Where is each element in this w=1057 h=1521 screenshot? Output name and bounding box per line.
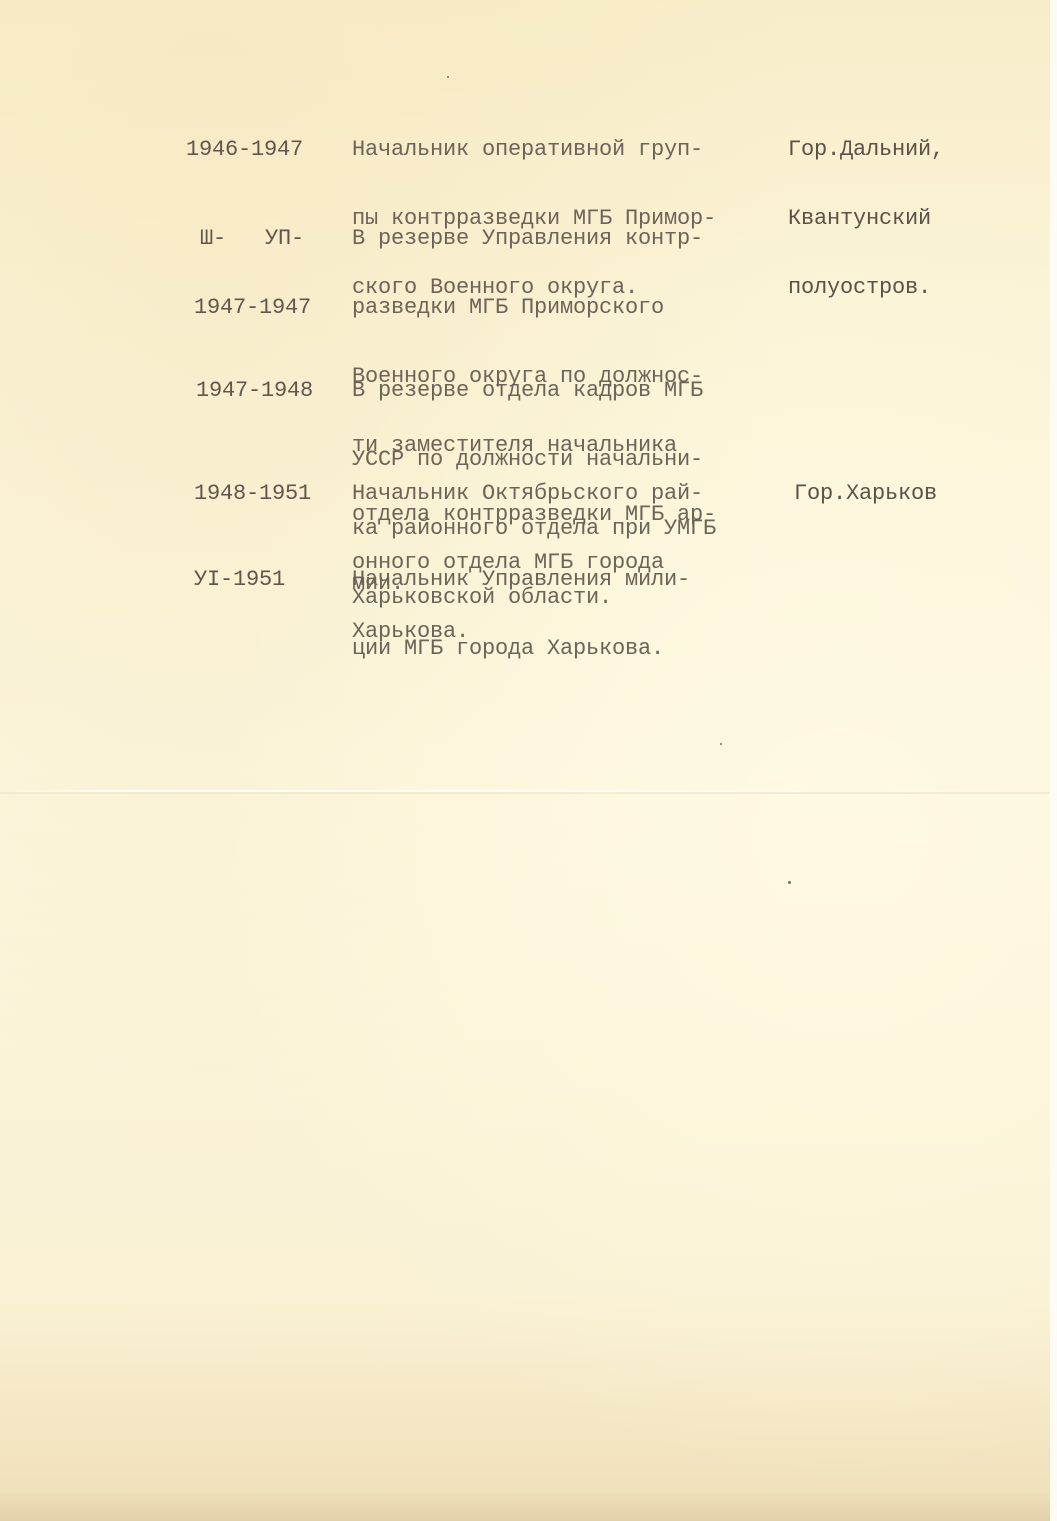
paper-fold-shadow [0,792,1050,794]
scan-edge [1050,0,1057,1521]
entry-place: Гор.Дальний, Квантунский полуостров. [788,92,988,345]
paper-speck [447,76,449,78]
paper-bottom-wear [0,1491,1050,1521]
document-page: 1946-1947 Начальник оперативной груп- пы… [0,0,1050,1521]
paper-speck [720,743,722,745]
entry-description: Начальник Управления мили- ции МГБ город… [352,522,782,706]
entry-place: Гор.Харьков [794,436,994,551]
paper-speck [788,881,791,884]
entry-date: УI-1951 [194,522,285,637]
entry-date: 1947-1948 [196,333,313,448]
